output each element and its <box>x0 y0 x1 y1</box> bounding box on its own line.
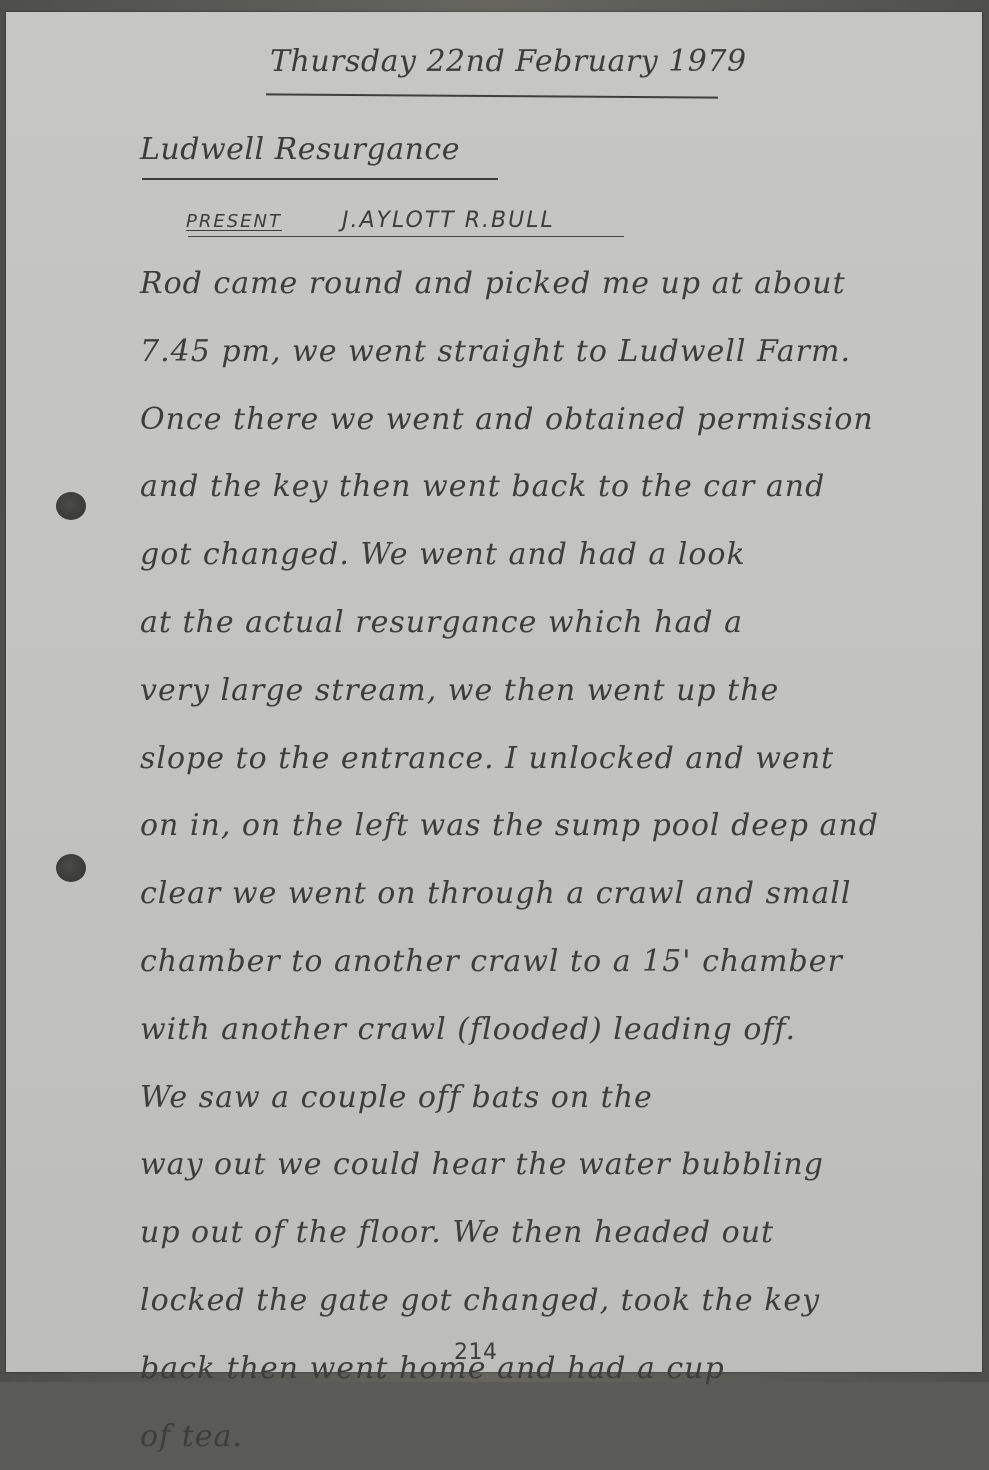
log-line: Once there we went and obtained permissi… <box>140 386 940 454</box>
date-heading: Thursday 22nd February 1979 <box>270 44 747 79</box>
log-line: at the actual resurgance which had a <box>140 589 940 657</box>
page-number: 214 <box>454 1340 498 1365</box>
page-title: Ludwell Resurgance <box>140 132 460 167</box>
log-line: on in, on the left was the sump pool dee… <box>140 792 940 860</box>
present-line: PRESENTJ.AYLOTT R.BULL <box>186 208 555 233</box>
log-line: back then went home and had a cup <box>140 1335 940 1382</box>
log-line: locked the gate got changed, took the ke… <box>140 1267 940 1335</box>
log-line: chamber to another crawl to a 15' chambe… <box>140 928 940 996</box>
log-line: way out we could hear the water bubbling <box>140 1131 940 1199</box>
log-line: slope to the entrance. I unlocked and we… <box>140 725 940 793</box>
log-line: got changed. We went and had a look <box>140 521 940 589</box>
title-underline <box>142 178 498 180</box>
log-body: Rod came round and picked me up at about… <box>140 250 940 1382</box>
present-names: J.AYLOTT R.BULL <box>342 208 555 233</box>
present-label: PRESENT <box>186 211 282 232</box>
log-line: clear we went on through a crawl and sma… <box>140 860 940 928</box>
present-underline <box>188 236 624 237</box>
log-line: Rod came round and picked me up at about <box>140 250 940 318</box>
log-line: We saw a couple off bats on the <box>140 1064 940 1132</box>
log-line: up out of the floor. We then headed out <box>140 1199 940 1267</box>
punch-hole-upper <box>56 492 86 520</box>
log-line: with another crawl (flooded) leading off… <box>140 996 940 1064</box>
log-line: 7.45 pm, we went straight to Ludwell Far… <box>140 318 940 386</box>
log-line: very large stream, we then went up the <box>140 657 940 725</box>
log-line: and the key then went back to the car an… <box>140 453 940 521</box>
punch-hole-lower <box>56 854 86 882</box>
